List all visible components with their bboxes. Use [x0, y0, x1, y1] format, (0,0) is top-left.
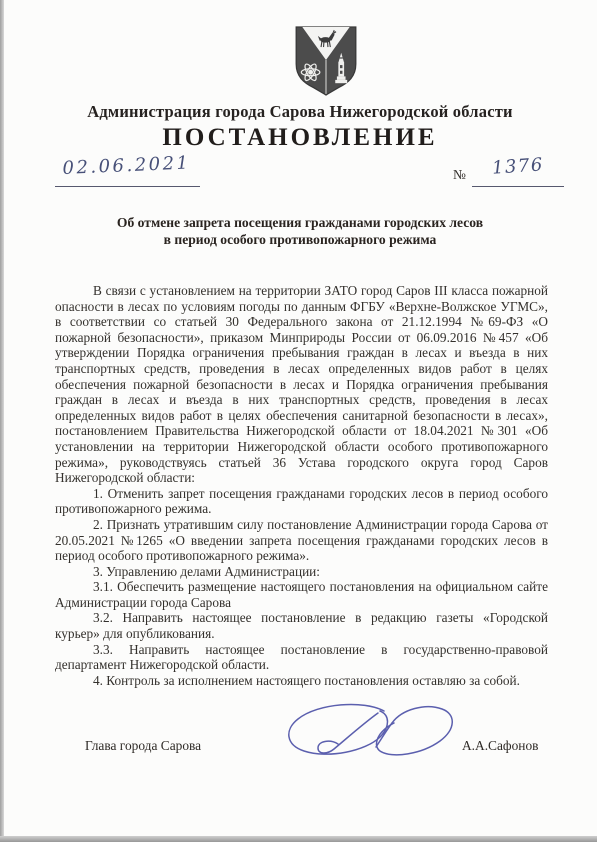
subject-line-2: в период особого противопожарного режима: [40, 232, 560, 249]
handwritten-signature-icon: [280, 697, 458, 771]
scan-edge-bottom: [0, 836, 597, 842]
signer-name: А.А.Сафонов: [462, 738, 538, 754]
organization-title: Администрация города Сарова Нижегородско…: [25, 102, 575, 122]
body-paragraph: 1. Отменить запрет посещения гражданами …: [55, 486, 548, 517]
document-subject: Об отмене запрета посещения гражданами г…: [40, 215, 560, 248]
body-paragraph: В связи с установлением на территории ЗА…: [55, 283, 548, 486]
subject-line-1: Об отмене запрета посещения гражданами г…: [40, 215, 560, 232]
document-type-title: ПОСТАНОВЛЕНИЕ: [25, 124, 575, 152]
sarov-coat-of-arms-icon: [293, 26, 359, 98]
scan-edge-left: [0, 0, 4, 842]
body-paragraph: 3.1. Обеспечить размещение настоящего по…: [55, 579, 548, 610]
date-field: 02.06.2021: [55, 158, 200, 187]
handwritten-number: 1376: [491, 154, 544, 179]
document-page: Администрация города Сарова Нижегородско…: [0, 0, 597, 842]
handwritten-date: 02.06.2021: [63, 152, 192, 179]
body-paragraph: 4. Контроль за исполнением настоящего по…: [55, 673, 548, 689]
number-field: 1376: [472, 156, 564, 187]
document-body: В связи с установлением на территории ЗА…: [55, 283, 548, 688]
body-paragraph: 3.3. Направить настоящее постановление в…: [55, 642, 548, 673]
signer-position: Глава города Сарова: [85, 738, 201, 754]
body-paragraph: 3. Управлению делами Администрации:: [55, 564, 548, 580]
body-paragraph: 2. Признать утратившим силу постановлени…: [55, 517, 548, 564]
number-sign-label: №: [453, 167, 466, 183]
body-paragraph: 3.2. Направить настоящее постановление в…: [55, 610, 548, 641]
